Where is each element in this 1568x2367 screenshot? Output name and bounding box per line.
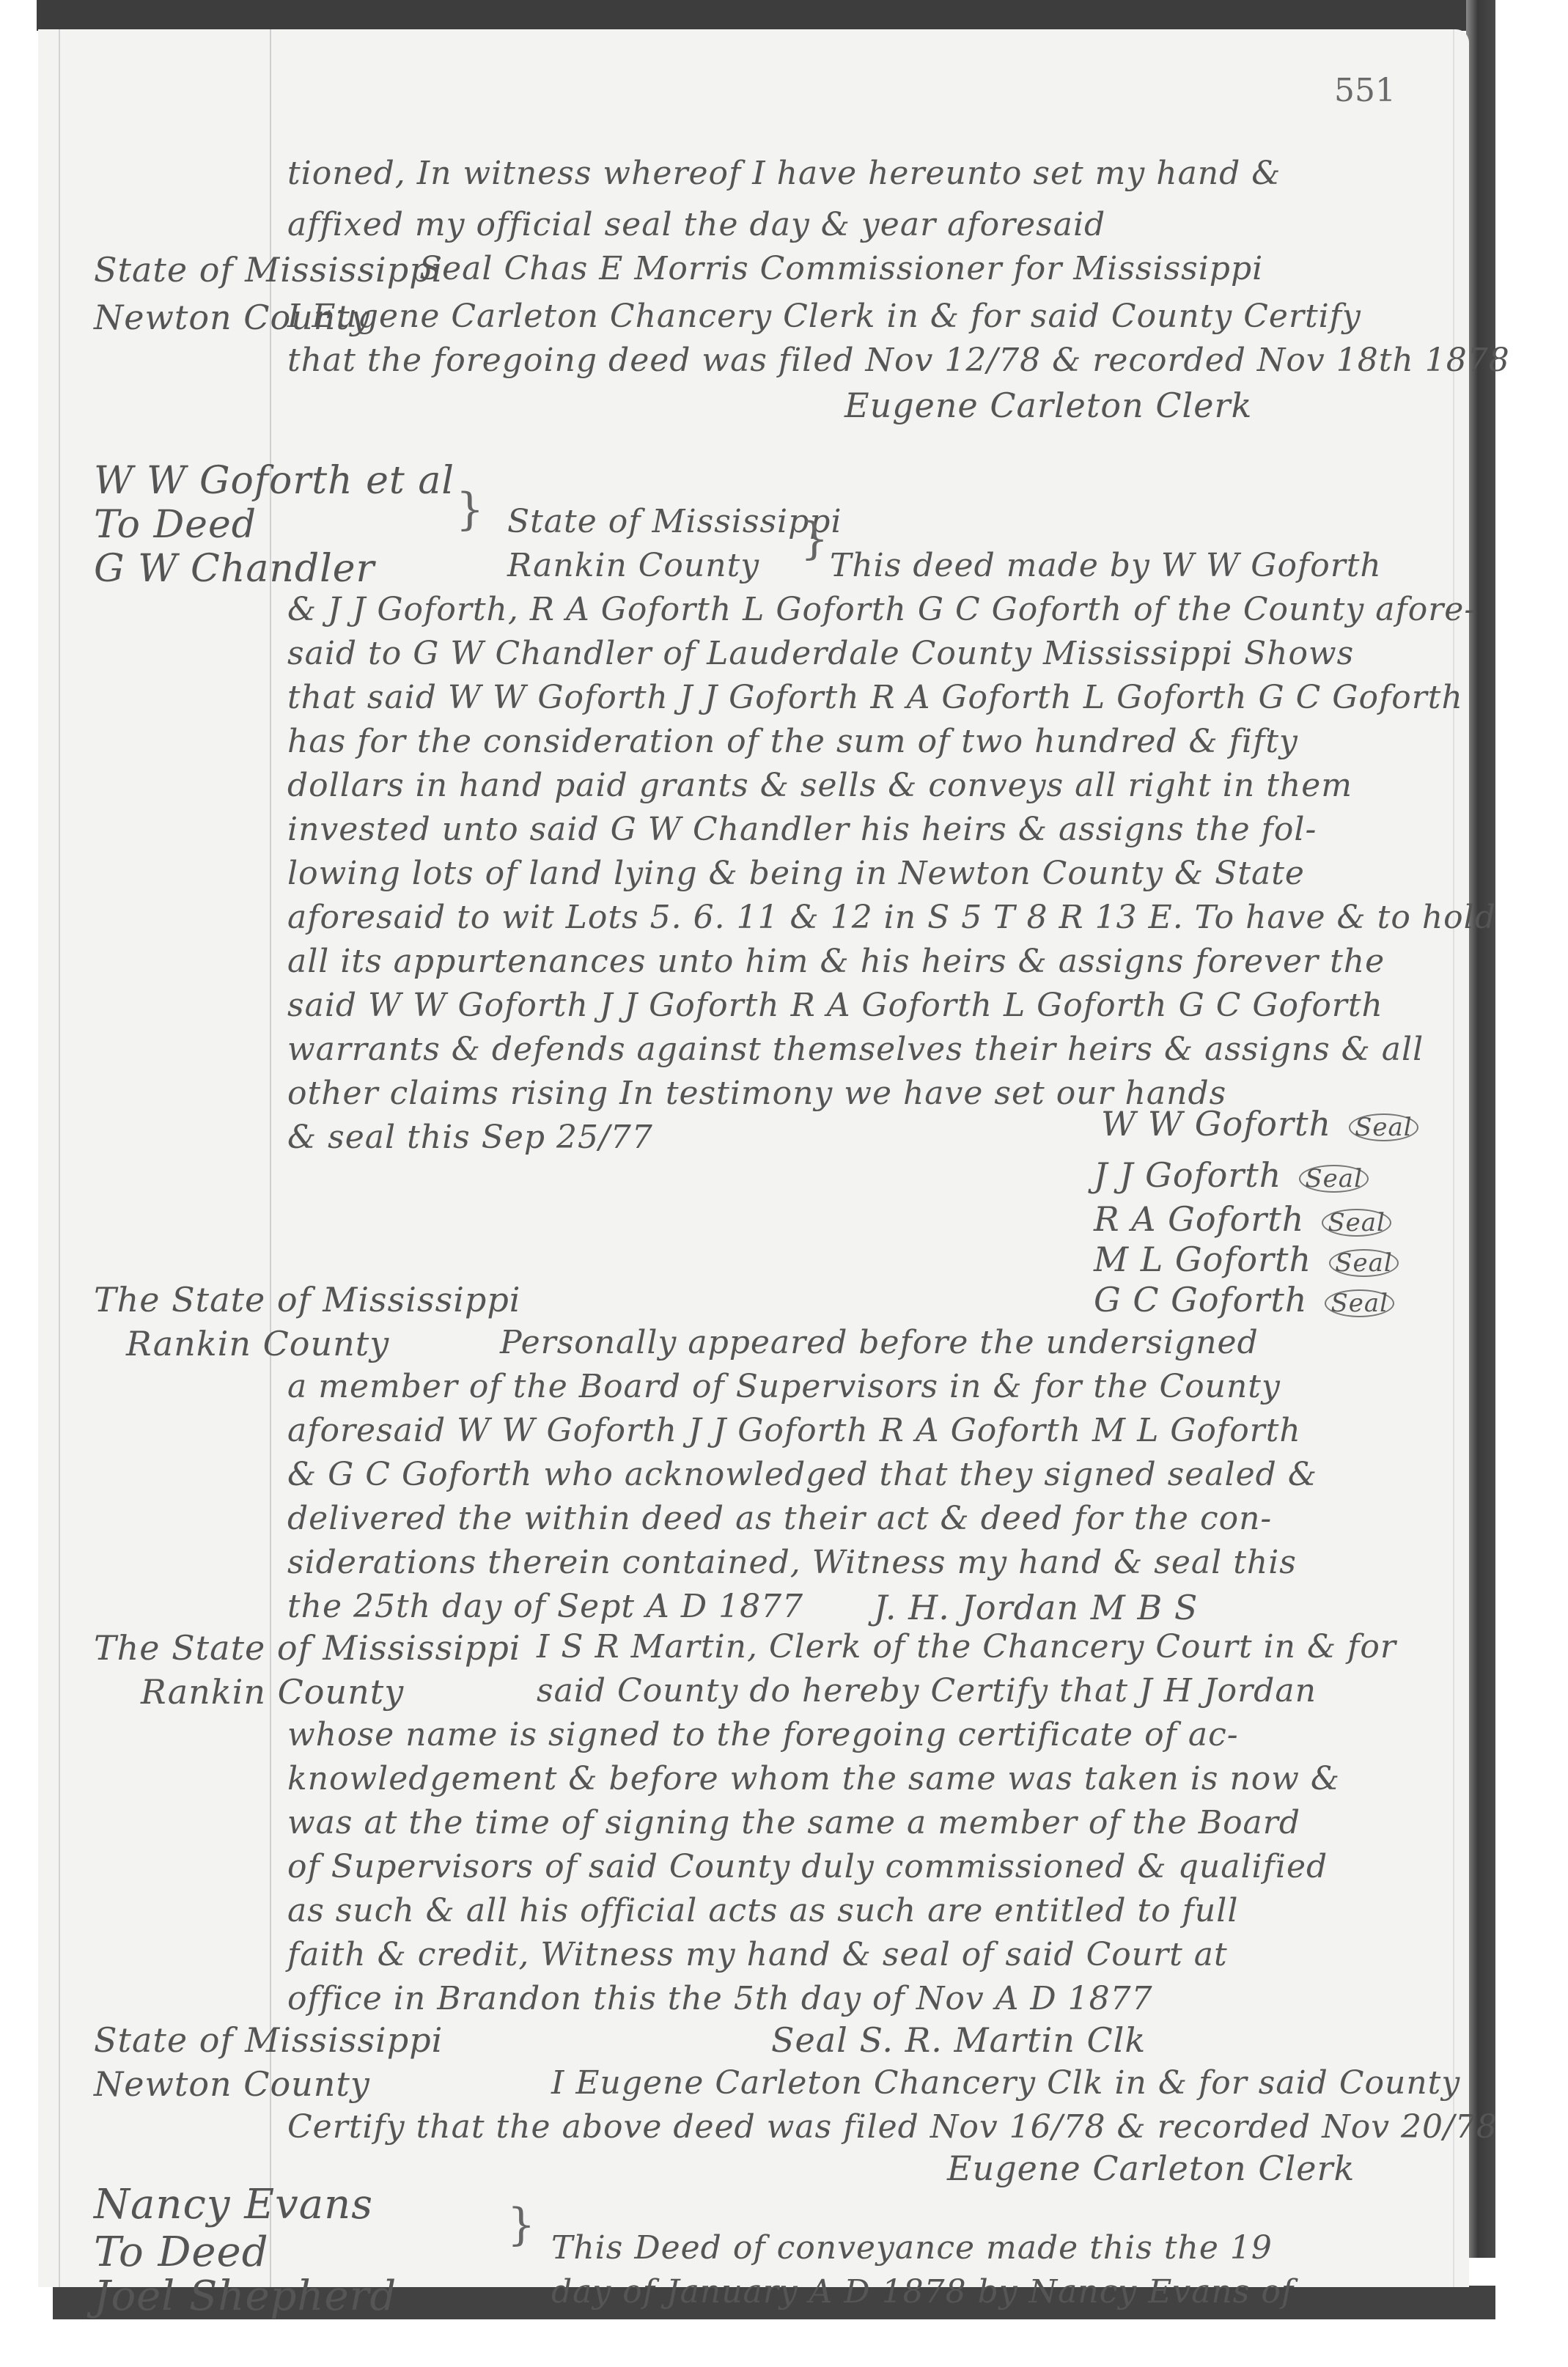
text-line: This Deed of conveyance made this the 19 [551, 2232, 1273, 2264]
signer-name: M L Goforth [1094, 1240, 1311, 1279]
seal-icon: Seal [1329, 1249, 1399, 1277]
signature-row: W W GoforthSeal [1101, 1107, 1418, 1141]
brace-glyph: } [800, 513, 828, 564]
text-line: has for the consideration of the sum of … [287, 726, 1298, 758]
ruled-line-left [59, 29, 60, 2287]
text-line: & seal this Sep 25/77 [287, 1122, 653, 1154]
text-line: that the foregoing deed was filed Nov 12… [287, 345, 1510, 377]
text-line: Seal Chas E Morris Commissioner for Miss… [419, 253, 1263, 285]
text-line: Personally appeared before the undersign… [500, 1327, 1259, 1359]
seal-icon: Seal [1322, 1209, 1391, 1237]
brace-glyph: } [507, 2199, 535, 2250]
clerk-signature: Eugene Carleton Clerk [947, 2151, 1355, 2185]
seal-icon: Seal [1349, 1113, 1418, 1141]
text-line: other claims rising In testimony we have… [287, 1078, 1226, 1110]
text-line: whose name is signed to the foregoing ce… [287, 1719, 1239, 1751]
text-line: & J J Goforth, R A Goforth L Goforth G C… [287, 594, 1476, 626]
text-line: This deed made by W W Goforth [830, 550, 1382, 582]
text-line: that said W W Goforth J J Goforth R A Go… [287, 682, 1463, 714]
text-line: siderations therein contained, Witness m… [287, 1547, 1297, 1579]
signature-row: G C GoforthSeal [1094, 1283, 1394, 1317]
signer-name: G C Goforth [1094, 1280, 1307, 1319]
text-line: the 25th day of Sept A D 1877 [287, 1591, 803, 1623]
text-line: lowing lots of land lying & being in New… [287, 858, 1305, 890]
margin-note: Rankin County [141, 1675, 404, 1709]
margin-note: W W Goforth et al [94, 462, 454, 500]
text-line: as such & all his official acts as such … [287, 1895, 1238, 1927]
text-line: Certify that the above deed was filed No… [287, 2111, 1498, 2143]
text-line: warrants & defends against themselves th… [287, 1034, 1424, 1066]
signer-name: J J Goforth [1094, 1155, 1281, 1195]
signature-row: J J GoforthSeal [1094, 1158, 1369, 1193]
margin-note: The State of Mississippi [94, 1631, 521, 1665]
chancery-clerk-signature: Seal S. R. Martin Clk [771, 2023, 1146, 2057]
margin-note: State of Mississippi [94, 2023, 443, 2057]
text-line: said County do hereby Certify that J H J… [537, 1675, 1317, 1707]
text-line: day of January A D 1878 by Nancy Evans o… [551, 2276, 1294, 2308]
ruled-margin-line [270, 29, 271, 2287]
text-line: I S R Martin, Clerk of the Chancery Cour… [537, 1631, 1396, 1663]
signer-name: R A Goforth [1094, 1199, 1304, 1239]
text-line: a member of the Board of Supervisors in … [287, 1371, 1281, 1403]
text-line: & G C Goforth who acknowledged that they… [287, 1459, 1317, 1491]
signature-row: R A GoforthSeal [1094, 1202, 1391, 1237]
margin-note: To Deed [94, 2232, 269, 2273]
text-line: was at the time of signing the same a me… [287, 1807, 1300, 1839]
text-line: invested unto said G W Chandler his heir… [287, 814, 1317, 846]
text-line: dollars in hand paid grants & sells & co… [287, 770, 1352, 802]
seal-icon: Seal [1325, 1289, 1394, 1317]
scan-frame-right [1466, 0, 1495, 2258]
text-line: faith & credit, Witness my hand & seal o… [287, 1939, 1228, 1971]
seal-icon: Seal [1299, 1165, 1369, 1193]
margin-note: State of Mississippi [94, 253, 443, 287]
text-line: I Eugene Carleton Chancery Clk in & for … [551, 2067, 1460, 2099]
supervisor-signature: J. H. Jordan M B S [874, 1591, 1198, 1624]
ledger-page: 551 tioned, In witness whereof I have he… [38, 29, 1469, 2287]
heading: State of Mississippi [507, 506, 842, 538]
margin-note: Rankin County [126, 1327, 389, 1361]
text-line: said W W Goforth J J Goforth R A Goforth… [287, 990, 1383, 1022]
text-line: I Eugene Carleton Chancery Clerk in & fo… [287, 301, 1361, 333]
heading: Rankin County [507, 550, 759, 582]
text-line: office in Brandon this the 5th day of No… [287, 1983, 1153, 2015]
signer-name: W W Goforth [1101, 1104, 1331, 1144]
text-line: aforesaid to wit Lots 5. 6. 11 & 12 in S… [287, 902, 1496, 934]
margin-note: Newton County [94, 2067, 370, 2101]
text-line: affixed my official seal the day & year … [287, 209, 1105, 241]
text-line: aforesaid W W Goforth J J Goforth R A Go… [287, 1415, 1301, 1447]
text-line: knowledgement & before whom the same was… [287, 1763, 1340, 1795]
scan-frame-top [37, 0, 1495, 31]
page-number: 551 [1334, 72, 1396, 109]
margin-note: G W Chandler [94, 550, 375, 588]
text-line: tioned, In witness whereof I have hereun… [287, 158, 1281, 190]
brace-glyph: } [456, 484, 484, 535]
margin-note: The State of Mississippi [94, 1283, 521, 1317]
margin-note: Nancy Evans [94, 2184, 373, 2226]
text-line: said to G W Chandler of Lauderdale Count… [287, 638, 1354, 670]
margin-note: To Deed [94, 506, 257, 544]
signature-row: M L GoforthSeal [1094, 1243, 1399, 1277]
text-line: of Supervisors of said County duly commi… [287, 1851, 1328, 1883]
text-line: all its appurtenances unto him & his hei… [287, 946, 1385, 978]
clerk-signature: Eugene Carleton Clerk [844, 389, 1252, 422]
text-line: delivered the within deed as their act &… [287, 1503, 1272, 1535]
margin-note: Joel Shepherd [94, 2276, 397, 2317]
